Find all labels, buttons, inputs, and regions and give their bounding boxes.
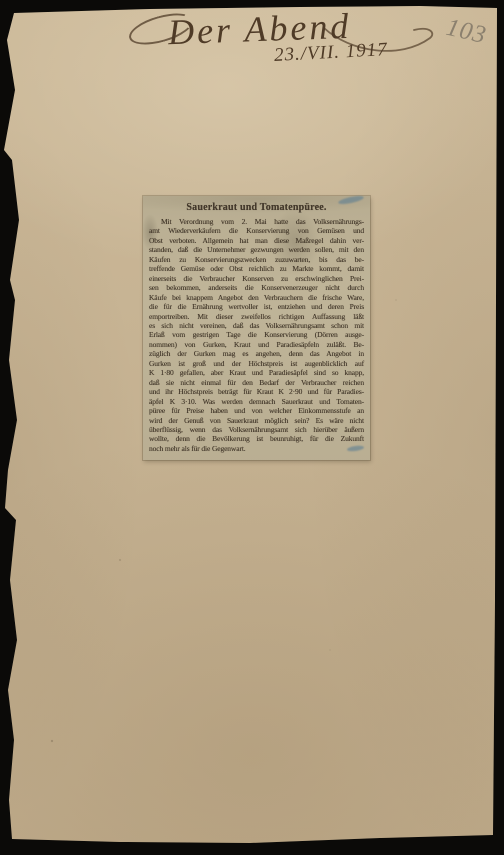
clipping-body-line: Obst verboten. Allgemein hat man diese M… (149, 236, 364, 245)
clipping-body-line: züglich der Gurken mag es angehen, denn … (149, 349, 364, 358)
clipping-body-line: noch mehr als für die Gegenwart. (149, 444, 364, 453)
clipping-body-line: es sich nicht vereinen, daß das Volksern… (149, 321, 364, 330)
clipping-body-line: sen bekommen, anderseits die Konservener… (149, 283, 364, 292)
clipping-body: Mit Verordnung vom 2. Mai hatte das Volk… (149, 217, 364, 453)
clipping-body-line: Mit Verordnung vom 2. Mai hatte das Volk… (149, 217, 364, 226)
clipping-body-line: treffende Gemüse oder Obst reichlich zu … (149, 264, 364, 273)
clipping-body-line: Käufen zu Konservierungszwecken zuzuwart… (149, 255, 364, 264)
clipping-body-line: einerseits die Verbraucher Konserven zu … (149, 274, 364, 283)
clipping-body-line: wollte, denn die Bevölkerung ist beunruh… (149, 434, 364, 443)
album-page: Der Abend 23./VII. 1917 103 Sauerkraut u… (0, 0, 504, 855)
clipping-headline: Sauerkraut und Tomatenpüree. (149, 202, 364, 214)
clipping-body-line: daß sie nicht einmal für den Bedarf der … (149, 378, 364, 387)
clipping-body-line: amt Wiederverkäufern die Konservierung v… (149, 226, 364, 235)
clipping-body-line: Käufe bei knappem Angebot den Verbrauche… (149, 293, 364, 302)
clipping-body-line: standen, daß die Unternehmer gezwungen w… (149, 245, 364, 254)
clipping-body-line: Erlaß vom gestrigen Tage die Konservieru… (149, 330, 364, 339)
clipping-body-line: äpfel K 3·10. Was werden demnach Sauerkr… (149, 397, 364, 406)
clipping-body-line: und ihr Höchstpreis beträgt für Kraut K … (149, 387, 364, 396)
clipping-body-line: überflüssig, wenn das Volksernährungsamt… (149, 425, 364, 434)
page-number-pencil: 103 (443, 14, 489, 50)
clipping-body-line: wird der Genuß von Sauerkraut möglich se… (149, 416, 364, 425)
clipping-body-line: die für die Ernährung wertvoller ist, en… (149, 302, 364, 311)
newspaper-clipping: Sauerkraut und Tomatenpüree. Mit Verordn… (143, 196, 370, 460)
clipping-body-line: Gurken ist groß und der Höchstpreis ist … (149, 359, 364, 368)
clipping-body-line: K 1·80 gefallen, aber Kraut und Paradies… (149, 368, 364, 377)
clipping-body-line: püree für Preise haben und von welcher E… (149, 406, 364, 415)
clipping-body-line: emportreiben. Mit dieser zweifellos rich… (149, 312, 364, 321)
clipping-body-line: nommen) von Gurken, Kraut und Paradiesäp… (149, 340, 364, 349)
